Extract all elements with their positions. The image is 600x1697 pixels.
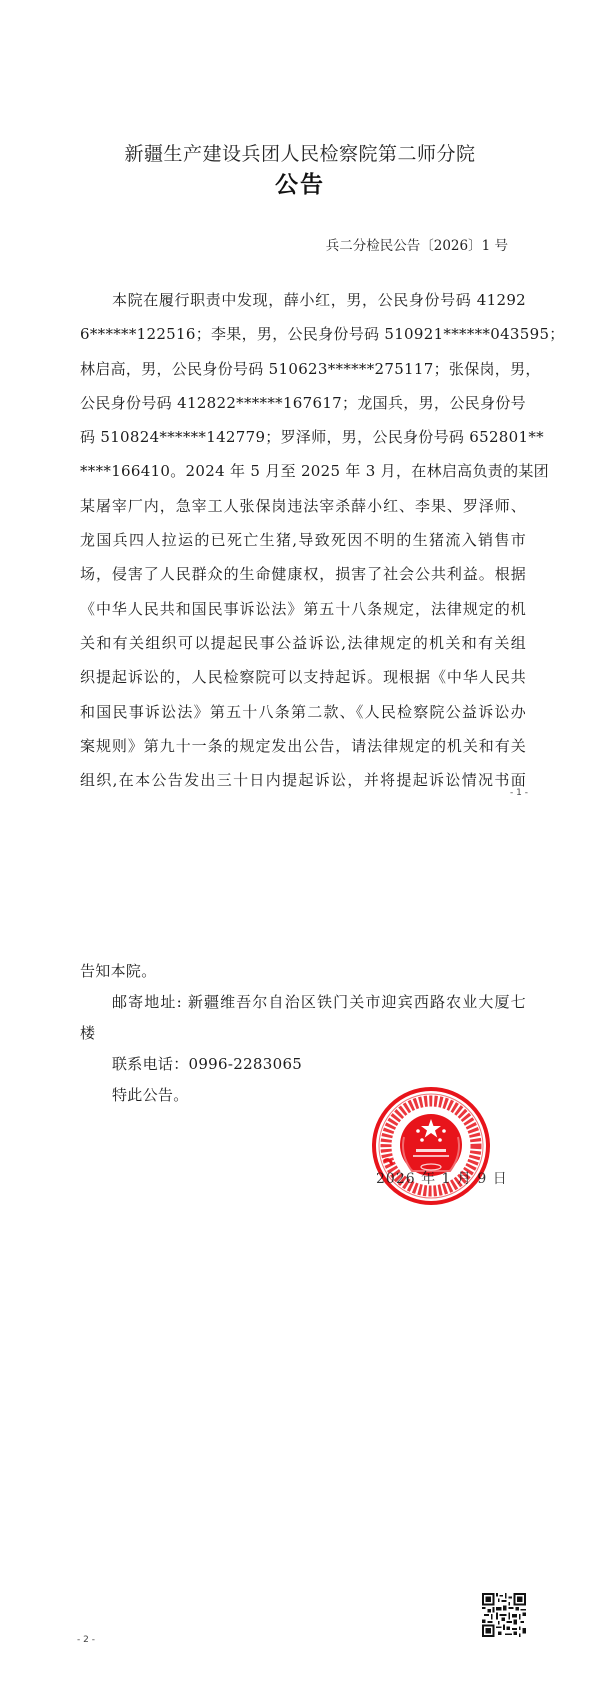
body-line: 织提起诉讼的，人民检察院可以支持起诉。现根据《中华人民共 [80, 660, 526, 694]
body-line: 6******122516；李果，男，公民身份号码 510921******04… [80, 317, 526, 351]
document-page-1: 新疆生产建设兵团人民检察院第二师分院 公告 兵二分检民公告〔2026〕1 号 本… [0, 0, 600, 848]
body-line: 龙国兵四人拉运的已死亡生猪,导致死因不明的生猪流入销售市 [80, 523, 526, 557]
page-number: - 1 - [510, 787, 528, 799]
official-seal-icon [370, 1085, 492, 1207]
document-page-2: 告知本院。 邮寄地址: 新疆维吾尔自治区铁门关市迎宾西路农业大厦七 楼 联系电话… [0, 848, 600, 1697]
body-line: 组织,在本公告发出三十日内提起诉讼，并将提起诉讼情况书面 [80, 763, 526, 797]
body-line: 公民身份号码 412822******167617；龙国兵，男，公民身份号 [80, 386, 526, 420]
announcement-body: 本院在履行职责中发现，薛小红，男，公民身份号码 41292 6******122… [80, 283, 526, 797]
seal-date: 2026 年 1 月 9 日 [376, 1170, 508, 1188]
body-line: 场，侵害了人民群众的生命健康权，损害了社会公共利益。根据 [80, 557, 526, 591]
body-line: ****166410。2024 年 5 月至 2025 年 3 月，在林启高负责… [80, 454, 526, 488]
body-line: 林启高，男，公民身份号码 510623******275117；张保岗，男， [80, 352, 526, 386]
contact-phone: 联系电话：0996-2283065 [80, 1049, 526, 1080]
body-line: 《中华人民共和国民事诉讼法》第五十八条规定，法律规定的机 [80, 592, 526, 626]
mailing-address-line: 邮寄地址: 新疆维吾尔自治区铁门关市迎宾西路农业大厦七 [80, 987, 526, 1018]
continuation-line: 告知本院。 [80, 956, 526, 987]
qr-code-icon[interactable] [482, 1593, 526, 1637]
body-line: 某屠宰厂内，急宰工人张保岗违法宰杀薛小红、李果、罗泽师、 [80, 489, 526, 523]
body-line: 案规则》第九十一条的规定发出公告，请法律规定的机关和有关 [80, 729, 526, 763]
mailing-address-line-2: 楼 [80, 1018, 526, 1049]
body-line: 关和有关组织可以提起民事公益诉讼,法律规定的机关和有关组 [80, 626, 526, 660]
document-number: 兵二分检民公告〔2026〕1 号 [326, 236, 508, 256]
organization-title: 新疆生产建设兵团人民检察院第二师分院 [0, 141, 600, 167]
body-line: 本院在履行职责中发现，薛小红，男，公民身份号码 41292 [80, 283, 526, 317]
page-number: - 2 - [77, 1634, 95, 1646]
body-line: 和国民事诉讼法》第五十八条第二款、《人民检察院公益诉讼办 [80, 695, 526, 729]
document-title: 公告 [0, 170, 600, 200]
body-line: 码 510824******142779；罗泽师，男，公民身份号码 652801… [80, 420, 526, 454]
